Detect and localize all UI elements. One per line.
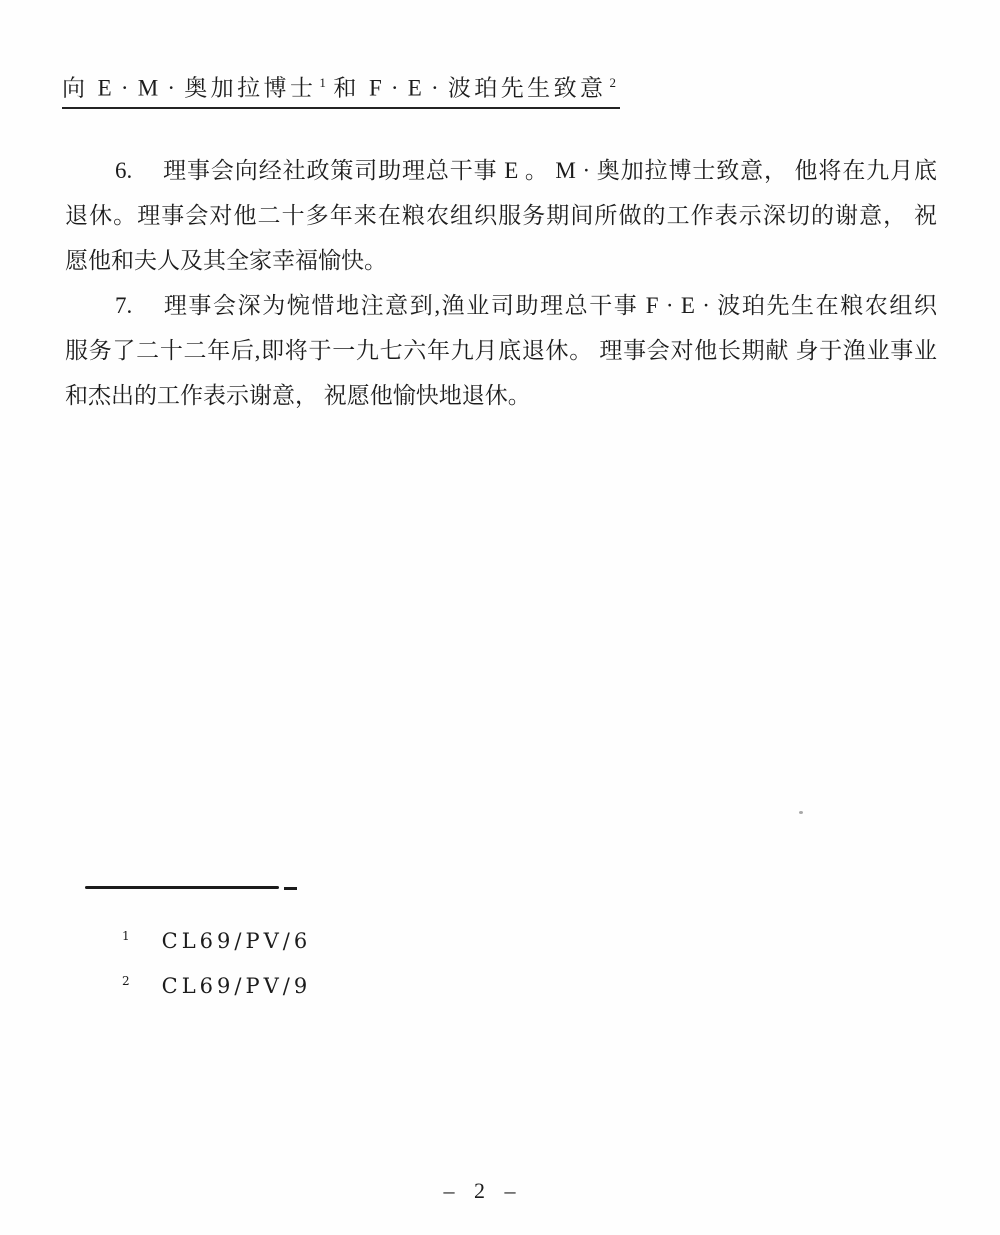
footnote-divider-dash xyxy=(284,887,297,890)
footnote-2-marker: 2 xyxy=(122,974,130,988)
heading-text-2: 和 F · E · 波珀先生致意 xyxy=(330,76,607,101)
page-number: – 2 – xyxy=(0,1176,966,1206)
paragraph-7-line-1: 7.理事会深为惋惜地注意到,渔业司助理总干事 F · E · 波珀先生在粮农组织 xyxy=(65,283,937,328)
section-heading: 向 E · M · 奥加拉博士1和 F · E · 波珀先生致意2 xyxy=(62,66,620,109)
footnote-ref-1: 1 xyxy=(319,75,326,90)
footnote-ref-2: 2 xyxy=(610,75,617,90)
paragraph-6-text-1: 理事会向经社政策司助理总干事 E 。 M · 奥加拉博士致意， 他将在九月底 xyxy=(162,158,937,183)
footnote-divider xyxy=(85,886,279,889)
scan-speck xyxy=(799,811,803,814)
paragraph-6-number: 6. xyxy=(115,158,132,183)
footnote-2-text: CL69/PV/9 xyxy=(162,974,312,998)
footnote-2: 2CL69/PV/9 xyxy=(122,966,311,1001)
paragraph-7: 7.理事会深为惋惜地注意到,渔业司助理总干事 F · E · 波珀先生在粮农组织… xyxy=(65,283,937,418)
footnote-1-marker: 1 xyxy=(122,929,130,943)
footnote-1: 1CL69/PV/6 xyxy=(122,921,311,956)
paragraph-6-line-3: 愿他和夫人及其全家幸福愉快。 xyxy=(65,238,937,283)
paragraph-6-line-2: 退休。理事会对他二十多年来在粮农组织服务期间所做的工作表示深切的谢意， 祝 xyxy=(65,193,937,238)
paragraph-7-number: 7. xyxy=(115,293,132,318)
paragraph-6-line-1: 6.理事会向经社政策司助理总干事 E 。 M · 奥加拉博士致意， 他将在九月底 xyxy=(65,148,937,193)
footnote-1-text: CL69/PV/6 xyxy=(162,929,312,953)
paragraph-7-text-1: 理事会深为惋惜地注意到,渔业司助理总干事 F · E · 波珀先生在粮农组织 xyxy=(162,293,937,318)
paragraph-7-line-3: 和杰出的工作表示谢意， 祝愿他愉快地退休。 xyxy=(65,373,937,418)
heading-text-1: 向 E · M · 奥加拉博士 xyxy=(62,76,316,101)
paragraph-7-line-2: 服务了二十二年后,即将于一九七六年九月底退休。 理事会对他长期献 身于渔业事业 xyxy=(65,328,937,373)
document-page: 向 E · M · 奥加拉博士1和 F · E · 波珀先生致意2 6.理事会向… xyxy=(0,0,1000,1235)
paragraph-6: 6.理事会向经社政策司助理总干事 E 。 M · 奥加拉博士致意， 他将在九月底… xyxy=(65,148,937,283)
